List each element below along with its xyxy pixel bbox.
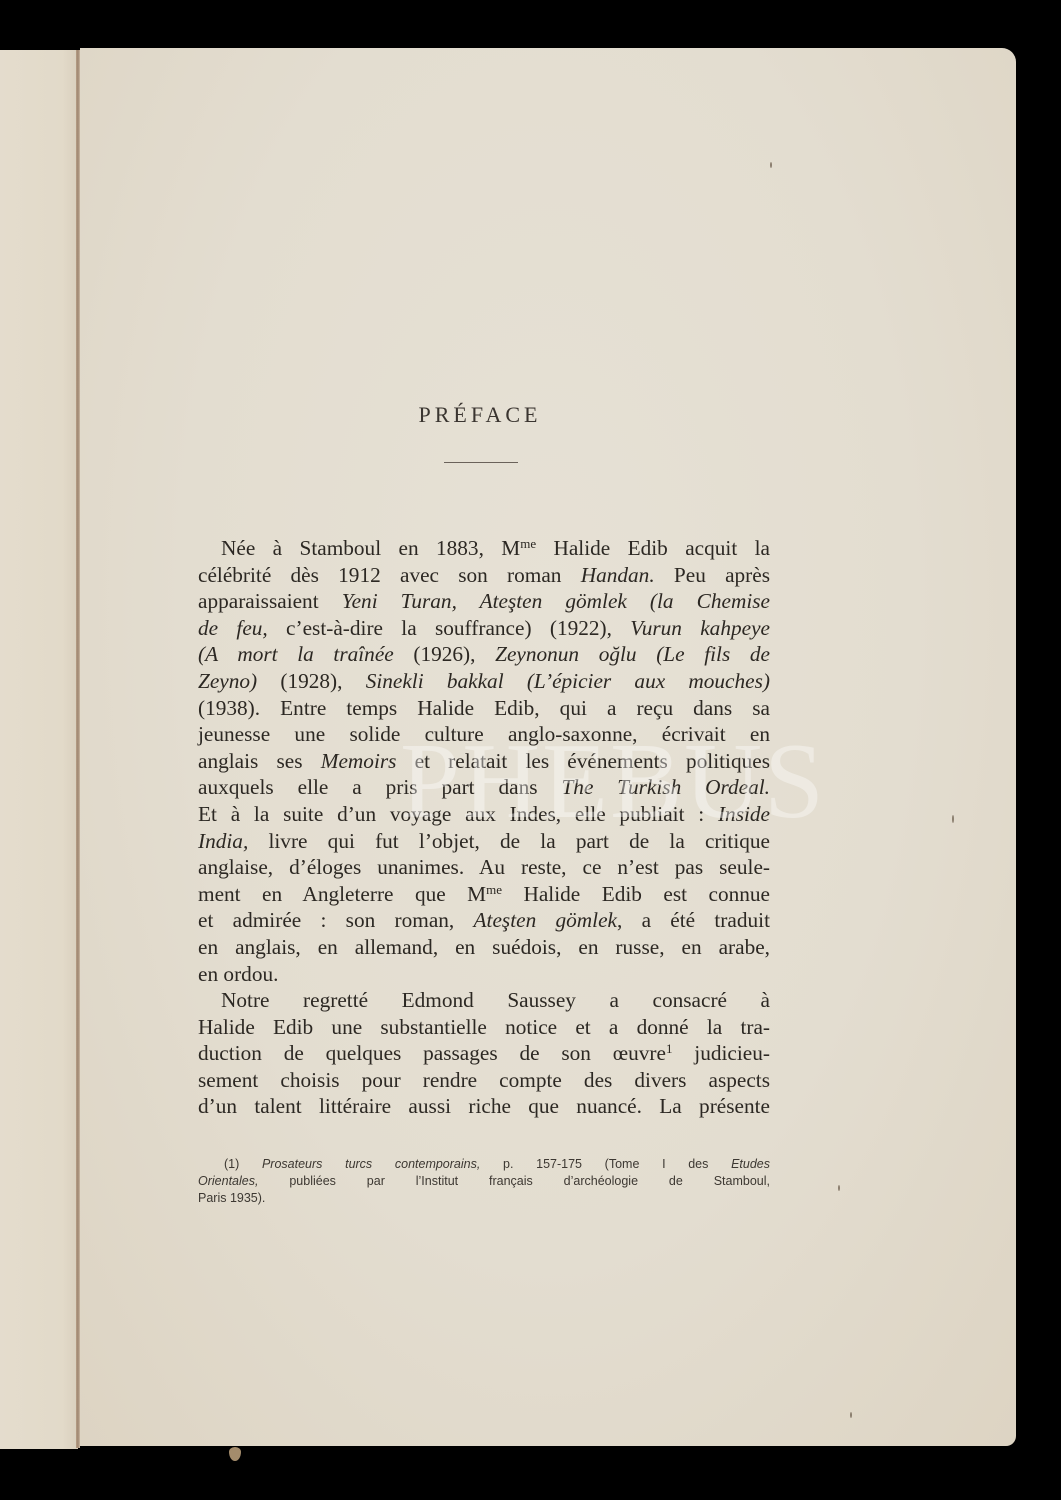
italic-title: Prosateurs turcs contemporains, <box>262 1157 480 1171</box>
text-line: d’un talent littéraire aussi riche que n… <box>198 1093 770 1120</box>
italic-title: de feu, <box>198 616 268 640</box>
text-line: sement choisis pour rendre compte des di… <box>198 1067 770 1094</box>
paper-speck <box>952 815 954 823</box>
text-line: jeunesse une solide culture anglo-saxonn… <box>198 721 770 748</box>
footnote: (1) Prosateurs turcs contemporains, p. 1… <box>198 1156 770 1207</box>
italic-title: Zeynonun oğlu (Le fils de <box>495 642 770 666</box>
text-line: de feu, c’est-à-dire la souffrance) (192… <box>198 615 770 642</box>
italic-title: The Turkish Ordeal. <box>561 775 770 799</box>
italic-title: Vurun kahpeye <box>630 616 770 640</box>
italic-title: Ateşten gömlek <box>474 908 617 932</box>
text-line: (A mort la traînée (1926), Zeynonun oğlu… <box>198 641 770 668</box>
paper-speck <box>770 162 772 168</box>
text-line: anglais ses Memoirs et relatait les évén… <box>198 748 770 775</box>
text-line: India, livre qui fut l’objet, de la part… <box>198 828 770 855</box>
text-line: Et à la suite d’un voyage aux Indes, ell… <box>198 801 770 828</box>
footnote-line: Orientales, publiées par l’Institut fran… <box>198 1173 770 1190</box>
italic-title: (A mort la traînée <box>198 642 394 666</box>
paper-speck <box>838 1185 840 1191</box>
superscript: me <box>520 536 536 551</box>
italic-title: Zeyno) <box>198 669 257 693</box>
italic-title: India, <box>198 829 248 853</box>
superscript: 1 <box>666 1041 673 1056</box>
paper-speck <box>850 1412 852 1418</box>
text-line: ment en Angleterre que Mme Halide Edib e… <box>198 881 770 908</box>
text-line: Halide Edib une substantielle notice et … <box>198 1014 770 1041</box>
text-line: anglaise, d’éloges unanimes. Au reste, c… <box>198 854 770 881</box>
text-line: célébrité dès 1912 avec son roman Handan… <box>198 562 770 589</box>
superscript: me <box>486 882 502 897</box>
text-line: Zeyno) (1928), Sinekli bakkal (L’épicier… <box>198 668 770 695</box>
footnote-line: Paris 1935). <box>198 1190 770 1207</box>
text-line: en anglais, en allemand, en suédois, en … <box>198 934 770 961</box>
preface-body: Née à Stamboul en 1883, Mme Halide Edib … <box>198 535 770 1120</box>
italic-title: Inside <box>718 802 770 826</box>
title-divider <box>444 462 518 463</box>
paper-tab <box>229 1447 241 1461</box>
italic-title: Etudes <box>731 1157 770 1171</box>
italic-title: Handan. <box>581 563 655 587</box>
facing-page-edge <box>0 50 78 1449</box>
text-line: apparaissaient Yeni Turan, Ateşten gömle… <box>198 588 770 615</box>
text-line: et admirée : son roman, Ateşten gömlek, … <box>198 907 770 934</box>
text-line: Notre regretté Edmond Saussey a consacré… <box>198 987 770 1014</box>
italic-title: Sinekli bakkal (L’épicier aux mouches) <box>366 669 770 693</box>
page-title: PRÉFACE <box>380 402 580 428</box>
italic-title: Memoirs <box>321 749 397 773</box>
footnote-line: (1) Prosateurs turcs contemporains, p. 1… <box>198 1156 770 1173</box>
text-line: (1938). Entre temps Halide Edib, qui a r… <box>198 695 770 722</box>
text-line: duction de quelques passages de son œuvr… <box>198 1040 770 1067</box>
text-line: auxquels elle a pris part dans The Turki… <box>198 774 770 801</box>
text-line: Née à Stamboul en 1883, Mme Halide Edib … <box>198 535 770 562</box>
italic-title: Orientales, <box>198 1174 258 1188</box>
italic-title: Yeni Turan, Ateşten gömlek (la Chemise <box>342 589 770 613</box>
text-line: en ordou. <box>198 961 770 988</box>
